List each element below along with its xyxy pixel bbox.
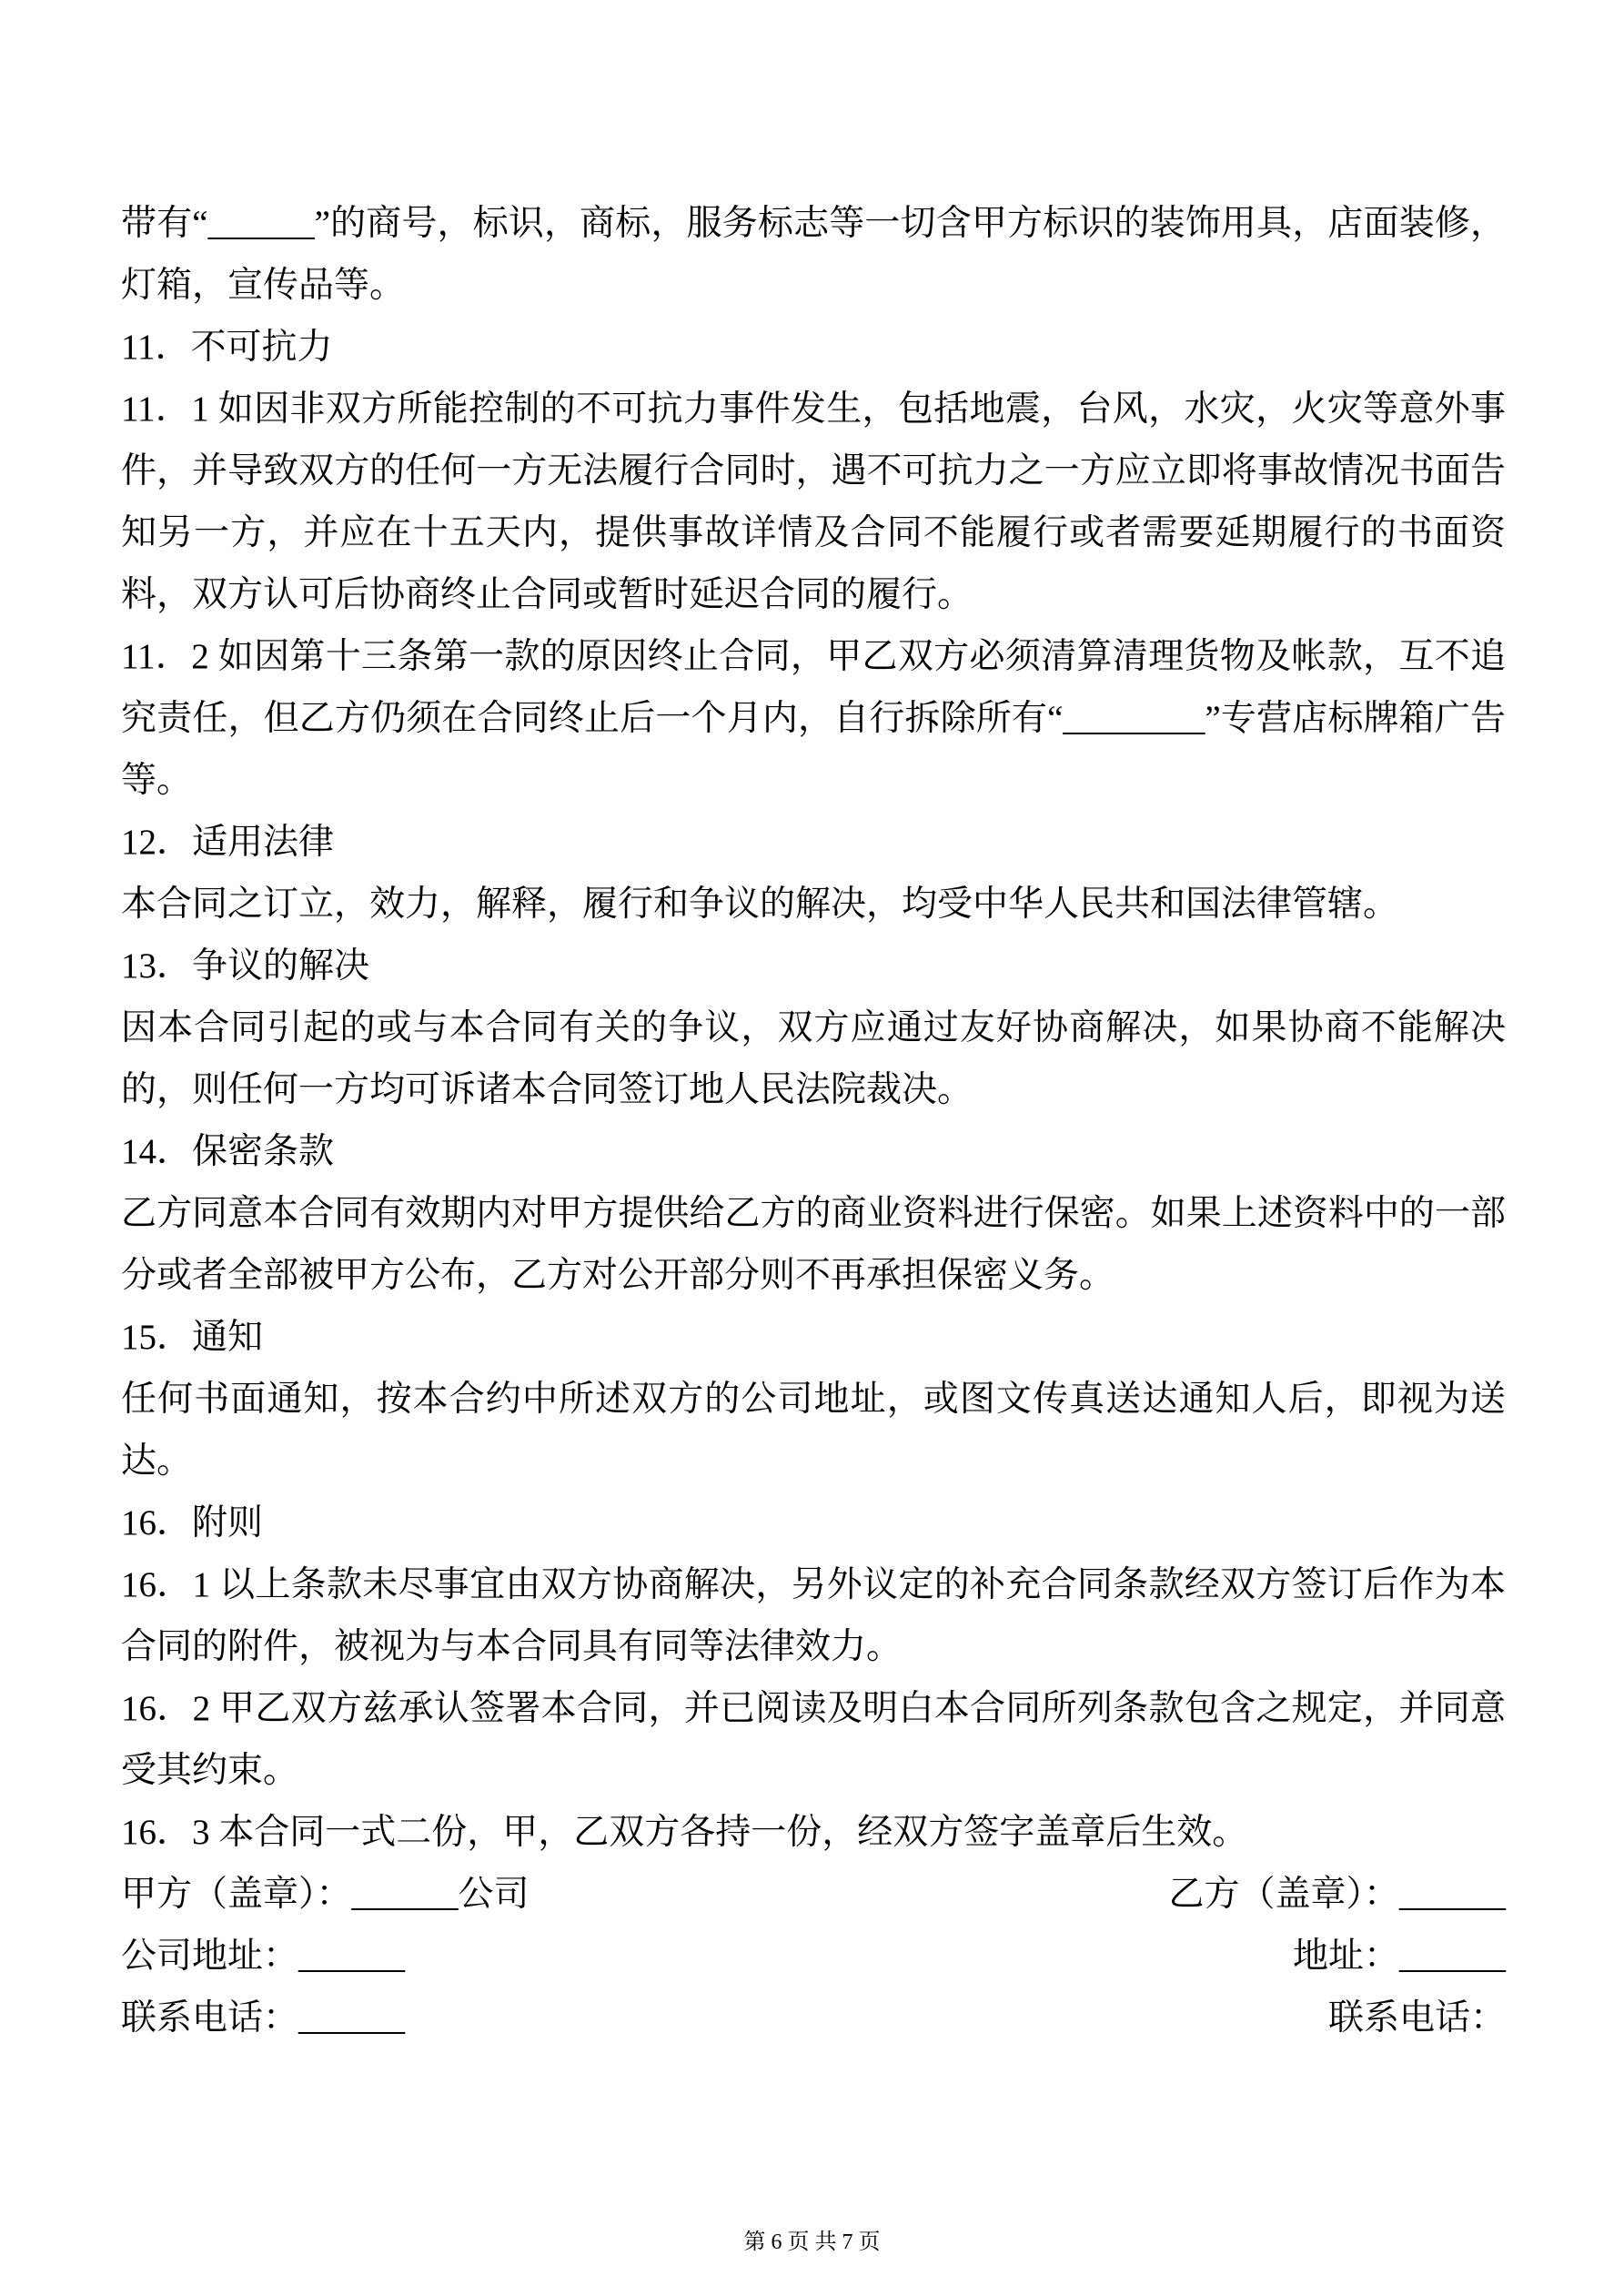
signature-row-seal: 甲方（盖章）：______公司 乙方（盖章）：______ [121, 1864, 1506, 1926]
section-11-heading: 11．不可抗力 [121, 317, 1506, 379]
section-14-heading: 14．保密条款 [121, 1121, 1506, 1183]
clause-16-1: 16．1 以上条款未尽事宜由双方协商解决，另外议定的补充合同条款经双方签订后作为… [121, 1554, 1506, 1678]
party-a-phone-field: 联系电话：______ [121, 1988, 405, 2049]
party-b-phone-field: 联系电话： [1328, 1988, 1506, 2049]
clause-11-2: 11．2 如因第十三条第一款的原因终止合同，甲乙双方必须清算清理货物及帐款，互不… [121, 626, 1506, 812]
page-footer: 第 6 页 共 7 页 [0, 2229, 1624, 2256]
clause-11-1: 11．1 如因非双方所能控制的不可抗力事件发生，包括地震，台风，水灾，火灾等意外… [121, 379, 1506, 626]
party-a-address-field: 公司地址：______ [121, 1926, 405, 1988]
signature-row-address: 公司地址：______ 地址：______ [121, 1926, 1506, 1988]
section-16-heading: 16．附则 [121, 1492, 1506, 1554]
clause-16-3: 16．3 本合同一式二份，甲，乙双方各持一份，经双方签字盖章后生效。 [121, 1802, 1506, 1864]
clause-15-body: 任何书面通知，按本合约中所述双方的公司地址，或图文传真送达通知人后，即视为送达。 [121, 1369, 1506, 1492]
contract-page: 带有“______”的商号，标识，商标，服务标志等一切含甲方标识的装饰用具，店面… [0, 0, 1624, 2296]
clause-12-body: 本合同之订立，效力，解释，履行和争议的解决，均受中华人民共和国法律管辖。 [121, 874, 1506, 936]
section-15-heading: 15．通知 [121, 1307, 1506, 1369]
clause-13-body: 因本合同引起的或与本合同有关的争议，双方应通过友好协商解决，如果协商不能解决的，… [121, 997, 1506, 1121]
carryover-clause: 带有“______”的商号，标识，商标，服务标志等一切含甲方标识的装饰用具，店面… [121, 193, 1506, 317]
clause-14-body: 乙方同意本合同有效期内对甲方提供给乙方的商业资料进行保密。如果上述资料中的一部分… [121, 1183, 1506, 1307]
party-a-seal-field: 甲方（盖章）：______公司 [121, 1864, 530, 1926]
party-b-address-field: 地址：______ [1293, 1926, 1506, 1988]
signature-row-phone: 联系电话：______ 联系电话： [121, 1988, 1506, 2049]
section-12-heading: 12．适用法律 [121, 812, 1506, 874]
contract-body: 带有“______”的商号，标识，商标，服务标志等一切含甲方标识的装饰用具，店面… [121, 193, 1506, 2049]
party-b-seal-field: 乙方（盖章）：______ [1168, 1864, 1506, 1926]
section-13-heading: 13．争议的解决 [121, 936, 1506, 997]
page-indicator: 第 6 页 共 7 页 [744, 2230, 881, 2254]
clause-16-2: 16．2 甲乙双方兹承认签署本合同，并已阅读及明白本合同所列条款包含之规定，并同… [121, 1678, 1506, 1802]
